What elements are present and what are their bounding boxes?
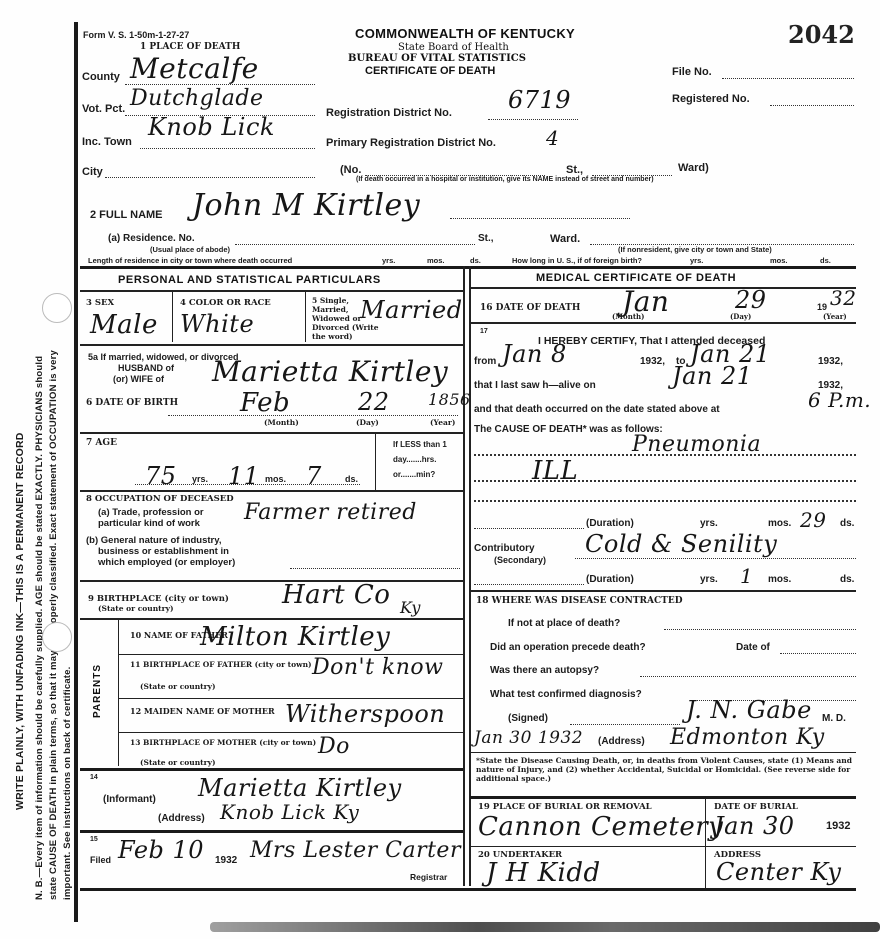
informant-label: (Informant) bbox=[103, 794, 156, 805]
dob-day-caption: (Day) bbox=[356, 418, 379, 427]
burial-top-rule bbox=[470, 796, 856, 799]
address-rule bbox=[470, 752, 856, 753]
sign-date: Jan 30 1932 bbox=[474, 728, 583, 748]
reg-district-line bbox=[488, 119, 578, 120]
margin-instructions: WRITE PLAINLY, WITH UNFADING INK—THIS IS… bbox=[2, 40, 72, 910]
birthplace-sub: (State or country) bbox=[98, 604, 174, 613]
occupation-label: 8 OCCUPATION OF DECEASED bbox=[86, 494, 234, 504]
row-rule-1 bbox=[80, 344, 463, 346]
residence-label: (a) Residence. No. bbox=[108, 233, 195, 244]
race-value: White bbox=[180, 310, 254, 338]
father-birth-value: Don't know bbox=[312, 655, 444, 680]
industry-label: (b) General nature of industry, bbox=[86, 535, 221, 546]
town-value: Knob Lick bbox=[148, 113, 275, 141]
duration2-mos: mos. bbox=[768, 574, 791, 585]
board-title: State Board of Health bbox=[398, 42, 509, 53]
county-value: Metcalfe bbox=[130, 52, 259, 85]
full-name-line bbox=[450, 218, 630, 219]
diagnosis-label: What test confirmed diagnosis? bbox=[490, 689, 642, 700]
medical-address-value: Edmonton Ky bbox=[670, 725, 825, 750]
section-divider bbox=[80, 266, 856, 269]
dob-day: 22 bbox=[358, 388, 390, 416]
length-mos: mos. bbox=[427, 256, 445, 265]
death-certificate-page: WRITE PLAINLY, WITH UNFADING INK—THIS IS… bbox=[0, 0, 880, 939]
burial-label: 19 PLACE OF BURIAL OR REMOVAL bbox=[478, 802, 652, 812]
length-residence-label: Length of residence in city or town wher… bbox=[88, 256, 292, 265]
dod-month-caption: (Month) bbox=[612, 312, 644, 321]
not-place-line bbox=[664, 629, 856, 630]
duration1-line bbox=[474, 528, 584, 529]
certificate-number: 2042 bbox=[788, 20, 855, 49]
trade-value: Farmer retired bbox=[244, 500, 417, 525]
operation-label: Did an operation precede death? bbox=[490, 642, 646, 653]
filed-year: 1932 bbox=[215, 855, 237, 866]
foreign-yrs: yrs. bbox=[690, 256, 703, 265]
bureau-title: BUREAU OF VITAL STATISTICS bbox=[348, 53, 526, 64]
birthplace-label: 9 BIRTHPLACE (city or town) bbox=[88, 594, 229, 604]
contracted-label: 18 WHERE WAS DISEASE CONTRACTED bbox=[476, 596, 683, 606]
registered-no-label: Registered No. bbox=[672, 93, 750, 105]
medical-address-label: (Address) bbox=[598, 736, 645, 747]
scan-edge-smudge bbox=[210, 922, 880, 932]
foreign-mos: mos. bbox=[770, 256, 788, 265]
residence-line bbox=[235, 244, 475, 245]
personal-title-rule bbox=[80, 290, 463, 292]
undertaker-address-value: Center Ky bbox=[716, 858, 841, 886]
autopsy-label: Was there an autopsy? bbox=[490, 665, 599, 676]
town-label: Inc. Town bbox=[82, 136, 132, 148]
father-value: Milton Kirtley bbox=[200, 622, 390, 652]
row-rule-5 bbox=[80, 618, 463, 620]
punch-hole-top bbox=[42, 293, 72, 323]
burial-date-label: DATE OF BURIAL bbox=[714, 802, 798, 812]
foreign-birth-label: How long in U. S., if of foreign birth? bbox=[512, 256, 642, 265]
contracted-rule bbox=[470, 590, 856, 592]
registered-no-line bbox=[770, 105, 854, 106]
reg-district-label: Registration District No. bbox=[326, 107, 452, 119]
age-yrs-label: yrs. bbox=[192, 474, 208, 484]
spouse-label-2: HUSBAND of bbox=[118, 363, 174, 373]
dod-rule bbox=[470, 322, 856, 324]
row-rule-6 bbox=[80, 768, 463, 771]
footnote: *State the Disease Causing Death, or, in… bbox=[476, 756, 854, 783]
dod-day-caption: (Day) bbox=[730, 312, 751, 321]
file-no-label: File No. bbox=[672, 66, 712, 78]
age-line bbox=[135, 484, 360, 485]
st-label: St., bbox=[566, 164, 583, 176]
informant-address-label: (Address) bbox=[158, 813, 205, 824]
margin-line-1: WRITE PLAINLY, WITH UNFADING INK—THIS IS… bbox=[14, 432, 26, 810]
vot-pct-label: Vot. Pct. bbox=[82, 103, 125, 115]
row-rule-7 bbox=[80, 830, 463, 833]
length-yrs: yrs. bbox=[382, 256, 395, 265]
full-name-value: John M Kirtley bbox=[192, 188, 420, 223]
signed-label: (Signed) bbox=[508, 713, 548, 724]
to-year: 1932, bbox=[818, 356, 843, 367]
dob-year: 1856 bbox=[428, 390, 471, 409]
punch-hole-bottom bbox=[42, 622, 72, 652]
column-divider-2 bbox=[469, 266, 471, 886]
row-rule-4 bbox=[80, 580, 463, 582]
last-saw-label: that I last saw h—alive on bbox=[474, 380, 596, 391]
dob-month: Feb bbox=[240, 388, 290, 418]
contributory-value: Cold & Senility bbox=[585, 530, 777, 558]
parents-divider bbox=[118, 618, 119, 766]
mother-label: 12 MAIDEN NAME OF MOTHER bbox=[130, 706, 275, 716]
time-of-death: 6 P.m. bbox=[808, 388, 871, 412]
age-days: 7 bbox=[306, 462, 322, 490]
age-label: 7 AGE bbox=[86, 438, 117, 448]
dob-year-caption: (Year) bbox=[430, 418, 455, 427]
row-rule-2 bbox=[80, 432, 463, 434]
foreign-ds: ds. bbox=[820, 256, 831, 265]
registrar-value: Mrs Lester Carter bbox=[250, 838, 461, 863]
filed-date: Feb 10 bbox=[118, 836, 204, 864]
duration1-mos: mos. bbox=[768, 518, 791, 529]
duration2-ds: ds. bbox=[840, 574, 854, 585]
father-birth-label: 11 BIRTHPLACE OF FATHER (city or town) bbox=[130, 660, 312, 669]
parents-rule-3 bbox=[118, 732, 463, 733]
duration1-label: (Duration) bbox=[586, 518, 634, 529]
mother-birth-sub: (State or country) bbox=[140, 758, 216, 767]
occurred-text: and that death occurred on the date stat… bbox=[474, 404, 720, 415]
dod-year-caption: (Year) bbox=[823, 312, 847, 321]
item-17: 17 bbox=[480, 328, 488, 335]
sex-race-divider bbox=[172, 292, 173, 342]
age-ds-label: ds. bbox=[345, 474, 358, 484]
secondary-label: (Secondary) bbox=[494, 555, 546, 565]
column-divider bbox=[463, 266, 465, 886]
informant-value: Marietta Kirtley bbox=[198, 774, 402, 802]
father-birth-sub: (State or country) bbox=[140, 682, 216, 691]
dob-line bbox=[168, 415, 458, 416]
full-name-label: 2 FULL NAME bbox=[90, 209, 163, 221]
trade-label: (a) Trade, profession or bbox=[98, 507, 204, 518]
last-saw-date: Jan 21 bbox=[672, 362, 753, 390]
place-of-death-label: 1 PLACE OF DEATH bbox=[140, 42, 240, 52]
undertaker-value: J H Kidd bbox=[486, 858, 601, 888]
length-ds: ds. bbox=[470, 256, 481, 265]
burial-value: Cannon Cemetery bbox=[478, 812, 723, 842]
dod-day: 29 bbox=[735, 286, 767, 314]
spouse-value: Marietta Kirtley bbox=[212, 355, 448, 388]
residence-ward: Ward. bbox=[550, 233, 580, 245]
mother-birth-label: 13 BIRTHPLACE OF MOTHER (city or town) bbox=[130, 738, 316, 747]
spouse-label-3: (or) WIFE of bbox=[113, 374, 164, 384]
margin-line-2: N. B.—Every item of information should b… bbox=[34, 356, 45, 900]
industry-line bbox=[290, 568, 460, 569]
date-of-line bbox=[780, 653, 856, 654]
county-label: County bbox=[82, 71, 120, 83]
duration1-yrs: yrs. bbox=[700, 518, 718, 529]
or-min: or.......min? bbox=[393, 470, 435, 479]
autopsy-line bbox=[640, 676, 856, 677]
duration2-mos-value: 1 bbox=[740, 564, 753, 588]
form-id: Form V. S. 1-50m-1-27-27 bbox=[83, 30, 189, 40]
parents-label: PARENTS bbox=[92, 664, 103, 718]
hospital-note: (If death occurred in a hospital or inst… bbox=[356, 176, 654, 183]
burial-year: 1932 bbox=[826, 820, 850, 832]
contributory-line bbox=[575, 558, 856, 559]
duration2-line bbox=[474, 584, 584, 585]
parents-rule-2 bbox=[118, 698, 463, 699]
less-than-1: If LESS than 1 bbox=[393, 440, 447, 449]
race-label: 4 COLOR OR RACE bbox=[180, 298, 271, 308]
dob-month-caption: (Month) bbox=[264, 418, 299, 427]
filed-num: 15 bbox=[90, 836, 98, 843]
day-hrs: day.......hrs. bbox=[393, 455, 436, 464]
duration1-ds: ds. bbox=[840, 518, 854, 529]
primary-reg-label: Primary Registration District No. bbox=[326, 137, 496, 149]
personal-section-title: PERSONAL AND STATISTICAL PARTICULARS bbox=[118, 274, 381, 286]
margin-line-4: important. See instructions on back of c… bbox=[62, 667, 73, 901]
birthplace-value: Hart Co bbox=[282, 580, 390, 610]
dod-year-prefix: 19 bbox=[817, 302, 827, 312]
race-marital-divider bbox=[305, 292, 306, 342]
duration1-ds-value: 29 bbox=[800, 508, 826, 532]
from-label: from bbox=[474, 356, 496, 367]
row-rule-3 bbox=[80, 490, 463, 492]
undertaker-rule bbox=[470, 846, 856, 847]
dob-label: 6 DATE OF BIRTH bbox=[86, 398, 178, 408]
filed-label: Filed bbox=[90, 855, 111, 865]
from-date: Jan 8 bbox=[502, 340, 567, 368]
no-label: (No. bbox=[340, 164, 361, 176]
dod-year: 32 bbox=[830, 286, 856, 310]
informant-address-value: Knob Lick Ky bbox=[220, 800, 359, 824]
age-years: 75 bbox=[145, 462, 177, 490]
town-line bbox=[140, 148, 315, 149]
registrar-label: Registrar bbox=[410, 872, 447, 882]
city-line bbox=[105, 177, 315, 178]
informant-num: 14 bbox=[90, 774, 98, 781]
mother-birth-value: Do bbox=[318, 734, 350, 759]
bottom-rule bbox=[80, 888, 856, 891]
ward-label: Ward) bbox=[678, 162, 709, 174]
age-divider bbox=[375, 432, 376, 492]
mother-value: Witherspoon bbox=[285, 700, 445, 728]
date-of-label: Date of bbox=[736, 642, 770, 653]
city-label: City bbox=[82, 166, 103, 178]
usual-abode: (Usual place of abode) bbox=[150, 245, 230, 254]
dod-label: 16 DATE OF DEATH bbox=[480, 303, 580, 313]
sex-value: Male bbox=[90, 310, 158, 340]
birthplace-state: Ky bbox=[400, 598, 421, 617]
duration2-label: (Duration) bbox=[586, 574, 634, 585]
duration2-yrs: yrs. bbox=[700, 574, 718, 585]
marital-value: Married bbox=[360, 296, 463, 324]
county-line bbox=[125, 84, 315, 85]
trade-label-2: particular kind of work bbox=[98, 518, 200, 529]
cause-line-2 bbox=[474, 480, 856, 482]
signed-value: J. N. Gabe bbox=[686, 696, 812, 724]
burial-divider bbox=[705, 798, 706, 888]
file-no-line bbox=[722, 78, 854, 79]
age-mos-label: mos. bbox=[265, 474, 286, 484]
vot-pct-value: Dutchglade bbox=[130, 86, 263, 111]
medical-section-title: MEDICAL CERTIFICATE OF DEATH bbox=[536, 272, 736, 284]
sex-label: 3 SEX bbox=[86, 298, 114, 308]
document-title: CERTIFICATE OF DEATH bbox=[365, 65, 495, 77]
left-border-rule bbox=[74, 22, 78, 922]
signed-line bbox=[570, 724, 680, 725]
state-title: COMMONWEALTH OF KENTUCKY bbox=[355, 26, 575, 41]
primary-reg-value: 4 bbox=[546, 126, 559, 150]
contributory-label: Contributory bbox=[474, 543, 535, 554]
md-label: M. D. bbox=[822, 713, 846, 724]
not-place-label: If not at place of death? bbox=[508, 618, 620, 629]
industry-label-3: which employed (or employer) bbox=[98, 557, 235, 568]
nonresident-note: (If nonresident, give city or town and S… bbox=[618, 245, 772, 254]
cause-line-3 bbox=[474, 500, 856, 502]
reg-district-value: 6719 bbox=[508, 86, 571, 114]
residence-st: St., bbox=[478, 233, 494, 244]
burial-date-value: Jan 30 bbox=[714, 812, 795, 840]
from-year: 1932, bbox=[640, 356, 665, 367]
industry-label-2: business or establishment in bbox=[98, 546, 229, 557]
age-months: 11 bbox=[228, 462, 260, 490]
